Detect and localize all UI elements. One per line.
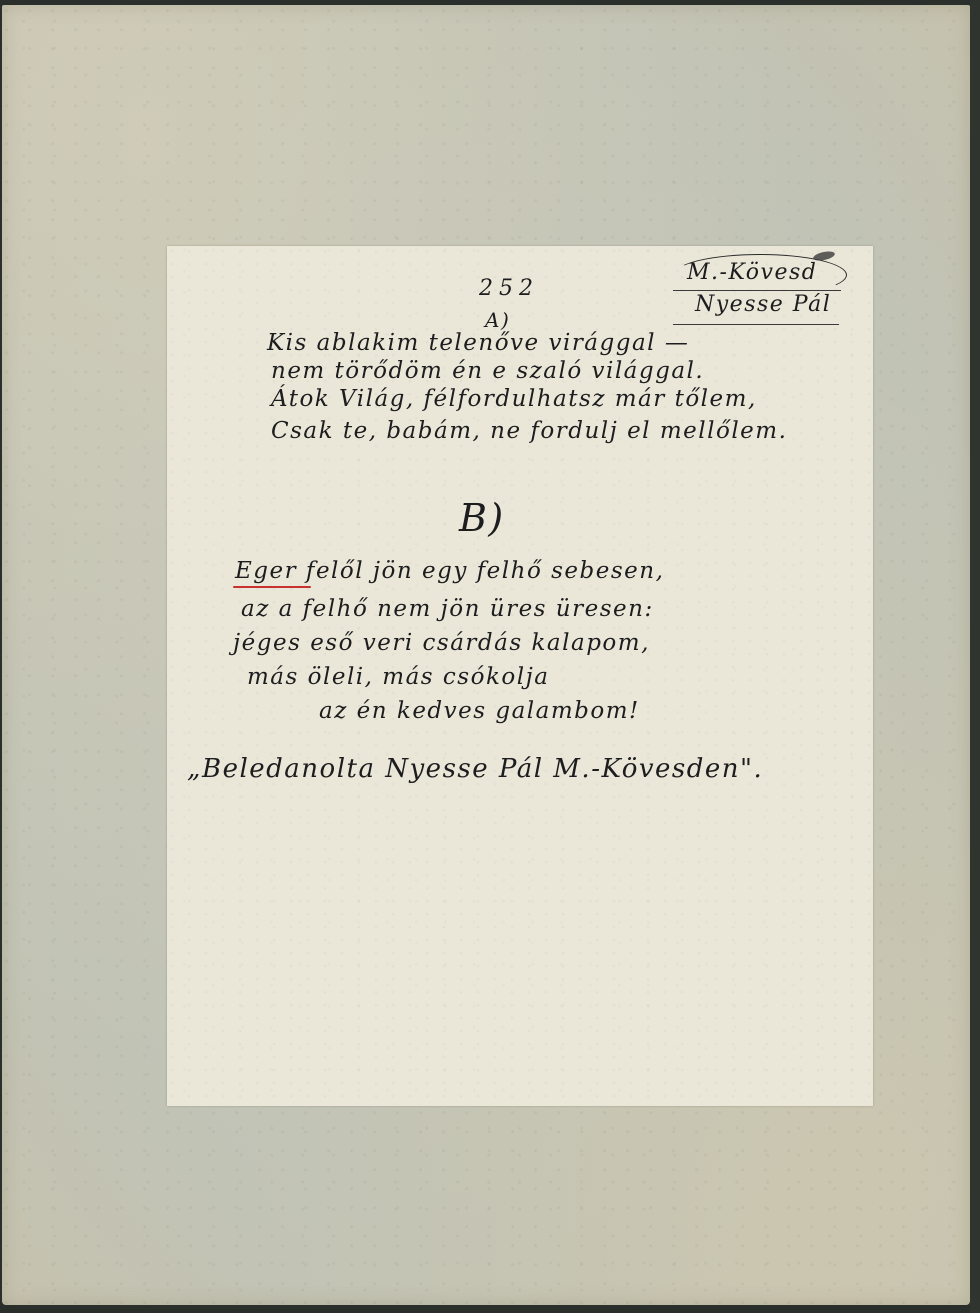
section-a-line-4: Csak te, babám, ne fordulj el mellőlem. (271, 418, 787, 444)
section-a-label: A) (485, 308, 510, 332)
section-b-line-4: más öleli, más csókolja (247, 664, 549, 690)
section-b-line-3: jéges eső veri csárdás kalapom, (233, 630, 650, 656)
location-place: M.-Kövesd (687, 260, 817, 285)
location-person: Nyesse Pál (695, 292, 831, 317)
manuscript-sheet: 252 M.-Kövesd Nyesse Pál A) Kis ablakim … (167, 246, 873, 1106)
scan-edge (970, 0, 980, 1313)
red-underline-eger (233, 586, 311, 588)
section-b-line-2: az a felhő nem jön üres üresen: (241, 596, 654, 622)
section-b-line-1: Eger felől jön egy felhő sebesen, (235, 558, 664, 584)
section-a-line-3: Átok Világ, félfordulhatsz már tőlem, (271, 386, 757, 412)
attribution: „Beledanolta Nyesse Pál M.-Kövesden". (187, 754, 763, 784)
page-number: 252 (479, 276, 539, 301)
location-rule-bottom (673, 324, 839, 325)
section-b-line-5: az én kedves galambom! (319, 698, 640, 724)
section-a-line-2: nem törődöm én e szaló világgal. (271, 358, 704, 384)
section-a-line-1: Kis ablakim telenőve virággal — (267, 330, 689, 356)
section-b-label: B) (459, 496, 505, 540)
location-rule-top (673, 290, 841, 291)
